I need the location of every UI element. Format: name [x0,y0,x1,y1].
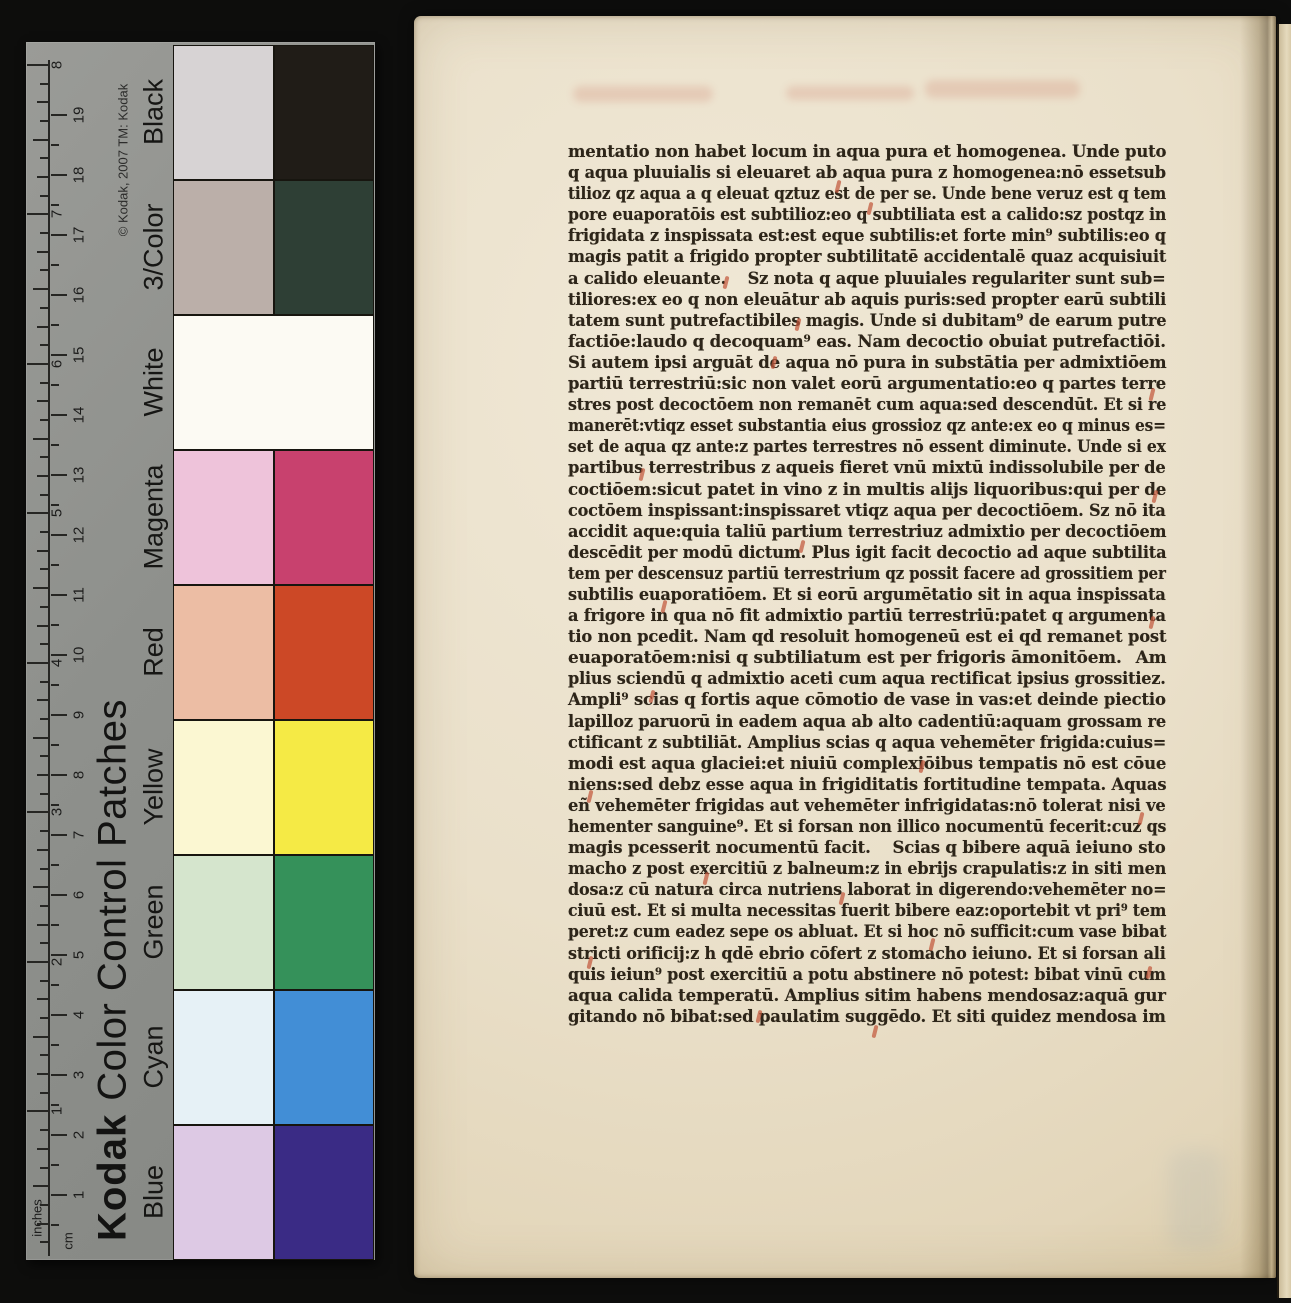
text-line: eñ vehemēter frigidas aut vehemēter infr… [568,796,1141,817]
cm-tick [51,174,67,176]
inch-tick [37,101,48,103]
cm-tick [51,774,67,776]
second-leaf-edge [1277,24,1291,1298]
inch-number: 2 [49,958,66,966]
text-line: plius sciendū q admixtio aceti cum aqua … [568,669,1135,690]
inch-tick [37,699,48,701]
cm-tick [51,594,67,596]
patch-3-color-light [174,181,273,314]
text-line: coctōem inspissant:inspissaret vtiqz aqu… [568,501,1134,522]
cm-number: 11 [71,587,88,603]
cm-number: 1 [71,1191,88,1199]
inch-tick [40,1129,48,1131]
text-line: tiliores:ex eo q non eleuātur ab aquis p… [568,290,1137,311]
inch-tick [33,438,48,440]
patch-label-yellow: Yellow [139,748,170,825]
patch-label-cyan: Cyan [139,1025,170,1088]
cm-tick [51,1164,59,1166]
brand-title: Color Control Patches [91,699,135,1101]
inch-tick [27,1110,48,1112]
cm-number: 8 [71,771,88,779]
inch-tick [33,1036,48,1038]
text-line: hementer sanguine⁹. Et si forsan non ill… [568,817,1124,838]
inch-tick [40,419,48,421]
text-line: tatem sunt putrefactibiles magis. Unde s… [568,311,1137,332]
inch-number: 3 [49,808,66,816]
inch-tick [27,662,48,664]
cm-number: 13 [71,467,88,484]
cm-number: 16 [71,287,88,304]
cm-tick [51,534,67,536]
cm-tick [51,1014,67,1016]
cm-tick [51,444,59,446]
inch-tick [40,606,48,608]
inch-tick [40,1017,48,1019]
text-line: coctiōem:sicut patet in vino z in multis… [568,480,1153,501]
inch-tick [37,774,48,776]
text-line: descēdit per modū dictum. Plus igit faci… [568,543,1137,564]
cm-number: 17 [71,227,88,244]
text-line: aqua calida temperatū. Amplius sitim hab… [568,986,1151,1007]
inch-tick [40,755,48,757]
inch-number: 8 [49,61,66,69]
inch-tick [37,326,48,328]
page-text-block: mentatio non habet locum in aqua pura et… [568,142,1166,1028]
patch-black-dark [275,46,373,179]
cm-tick [51,474,67,476]
patch-label-magenta: Magenta [139,464,170,569]
text-line: quis ieiun⁹ post exercitiū a potu abstin… [568,965,1129,986]
cm-number: 5 [71,951,88,959]
cm-tick [51,864,59,866]
cm-number: 19 [71,107,88,124]
inch-number: 7 [49,210,66,218]
text-line: dosa:z cū natura circa nutriens laborat … [568,880,1130,901]
cm-tick [51,144,59,146]
inch-tick [37,849,48,851]
text-line: pore euaporatōis est subtilioz:eo q subt… [568,205,1122,226]
inch-tick [40,643,48,645]
text-line: subtilis euaporatiōem. Et si eorū argumē… [568,585,1135,606]
cm-tick [51,1104,59,1106]
cm-tick [51,1194,67,1196]
text-line: manerēt:vtiqz esset substantia eius gros… [568,416,1108,437]
cm-number: 12 [71,527,88,544]
inch-tick [40,1241,48,1243]
patch-label-3-color: 3/Color [139,203,170,290]
cm-tick [51,744,59,746]
patch-red-dark [275,586,373,719]
patch-black-light [174,46,273,179]
text-line: a calido eleuante. Sz nota q aque pluuia… [568,269,1140,290]
text-line: magis patit a frigido propter subtilitat… [568,247,1136,268]
text-line: mentatio non habet locum in aqua pura et… [568,142,1147,163]
text-line: ctificant z subtiliāt. Amplius scias q a… [568,733,1137,754]
cm-tick [51,1224,59,1226]
cm-number: 15 [71,347,88,364]
inch-tick [37,998,48,1000]
inch-number: 1 [49,1107,66,1115]
inch-tick [37,400,48,402]
ruler-unit-cm: cm [61,1232,76,1249]
patch-label-green: Green [139,884,170,959]
inch-tick [37,550,48,552]
inch-tick [37,1223,48,1225]
text-line: accidit aque:quia taliū partium terrestr… [568,522,1133,543]
cm-tick [51,294,67,296]
kodak-brand-text: KodakColor Control Patches [91,699,136,1241]
ink-offset-smudge [573,86,713,102]
inch-number: 4 [49,659,66,667]
text-line: peret:z cum eadez sepe os abluat. Et si … [568,922,1120,943]
cm-tick [51,1134,67,1136]
inch-tick [40,232,48,234]
inch-tick [33,139,48,141]
inch-tick [33,1185,48,1187]
patch-green-light [174,856,273,989]
inch-tick [37,475,48,477]
text-line: factiōe:laudo q decoquam⁹ eas. Nam decoc… [568,332,1152,353]
text-line: frigidata z inspissata est:est eque subt… [568,226,1133,247]
cm-tick [51,354,67,356]
cm-tick [51,114,67,116]
inch-tick [37,625,48,627]
patch-label-blue: Blue [139,1165,170,1219]
cm-tick [51,684,59,686]
cm-tick [51,984,59,986]
brand-kodak: Kodak [91,1114,135,1241]
patch-label-red: Red [139,627,170,677]
cm-number: 6 [71,891,88,899]
inch-tick [40,344,48,346]
cm-tick [51,414,67,416]
text-line: stricti orificij:z h qdē ebrio cōfert z … [568,944,1131,965]
patch-red-light [174,586,273,719]
cm-tick [51,624,59,626]
cm-number: 4 [71,1011,88,1019]
patch-green-dark [275,856,373,989]
inch-tick [27,961,48,963]
patch-yellow-light [174,721,273,854]
patch-grid [173,45,374,1260]
cm-number: 3 [71,1071,88,1079]
kodak-color-target: inches cm 123456781234567891011121314151… [26,42,375,1260]
inch-tick [40,157,48,159]
cm-tick [51,324,59,326]
inch-tick [40,905,48,907]
inch-tick [40,195,48,197]
cm-tick [51,1044,59,1046]
inch-tick [27,64,48,66]
cm-tick [51,234,67,236]
patch-cyan-light [174,991,273,1124]
inch-tick [40,718,48,720]
patch-white [174,316,373,449]
inch-tick [40,307,48,309]
cm-tick [51,264,59,266]
page-fold-shadow [1240,16,1276,1278]
cm-tick [51,384,59,386]
copyright-text: © Kodak, 2007 TM: Kodak [116,84,131,236]
text-line: partibus terrestribus z aqueis fieret vn… [568,458,1141,479]
cm-tick [51,564,59,566]
patch-magenta-dark [275,451,373,584]
text-line: lapilloz paruorū in eadem aqua ab alto c… [568,712,1137,733]
inch-tick [40,269,48,271]
patch-3-color-dark [275,181,373,314]
inch-number: 5 [49,509,66,517]
text-line: tio non pcedit. Nam qd resoluit homogene… [568,627,1143,648]
inch-tick [27,811,48,813]
inch-tick [40,1054,48,1056]
patch-blue-dark [275,1126,373,1259]
patch-label-black: Black [139,79,170,145]
text-line: niens:sed debz esse aqua in frigiditatis… [568,775,1143,796]
patch-blue-light [174,1126,273,1259]
inch-tick [40,942,48,944]
inch-tick [37,176,48,178]
cm-tick [51,654,67,656]
inch-tick [40,456,48,458]
inch-tick [33,737,48,739]
cm-number: 10 [71,647,88,664]
patch-yellow-dark [275,721,373,854]
inch-tick [37,1148,48,1150]
inch-tick [40,120,48,122]
inch-tick [40,1204,48,1206]
text-line: partiū terrestriū:sic non valet eorū arg… [568,374,1144,395]
patch-cyan-dark [275,991,373,1124]
ink-offset-smudge [786,86,914,100]
inch-tick [33,886,48,888]
text-line: Ampli⁹ scias q fortis aque cōmotio de va… [568,690,1149,711]
text-line: euaporatōem:nisi q subtiliatum est per f… [568,648,1163,669]
inch-tick [37,924,48,926]
inch-tick [40,980,48,982]
inch-tick [33,587,48,589]
text-line: a frigore in qua nō fit admixtio partiū … [568,606,1137,627]
cm-tick [51,804,59,806]
cm-number: 2 [71,1131,88,1139]
cm-tick [51,894,67,896]
inch-tick [40,793,48,795]
cm-number: 18 [71,167,88,184]
text-line: q aqua pluuialis si eleuaret ab aqua pur… [568,163,1137,184]
inch-tick [40,83,48,85]
cm-number: 9 [71,711,88,719]
cm-tick [51,714,67,716]
patch-label-white: White [139,347,170,416]
patch-magenta-light [174,451,273,584]
text-line: ciuū est. Et si multa necessitas fuerit … [568,901,1121,922]
text-line: macho z post exercitiū z balneum:z in eb… [568,859,1134,880]
text-line: tem per descensuz partiū terrestrium qz … [568,564,1099,585]
paper-stain [1168,1150,1223,1250]
cm-tick [51,954,67,956]
text-line: gitando nō bibat:sed paulatim suggēdo. E… [568,1007,1146,1028]
inch-tick [27,213,48,215]
inch-tick [40,382,48,384]
cm-tick [51,834,67,836]
inch-tick [40,868,48,870]
inch-tick [33,288,48,290]
text-line: stres post decoctōem non remanēt cum aqu… [568,395,1129,416]
ink-offset-smudge [925,80,1080,98]
inch-tick [37,251,48,253]
cm-number: 14 [71,407,88,424]
inch-tick [40,830,48,832]
ruler: inches cm 123456781234567891011121314151… [26,42,90,1260]
inch-tick [40,1092,48,1094]
text-line: modi est aqua glaciei:et niuiū complexiō… [568,754,1147,775]
inch-tick [27,363,48,365]
cm-tick [51,504,59,506]
inch-tick [40,568,48,570]
inch-number: 6 [49,360,66,368]
inch-tick [40,681,48,683]
cm-number: 7 [71,831,88,839]
cm-tick [51,1074,67,1076]
text-line: magis pcesserit nocumentū facit. Scias q… [568,838,1149,859]
inch-tick [40,531,48,533]
cm-tick [51,204,59,206]
photo-canvas: inches cm 123456781234567891011121314151… [0,0,1291,1303]
text-line: set de aqua qz ante:z partes terrestres … [568,437,1116,458]
inch-tick [37,1073,48,1075]
inch-tick [40,494,48,496]
inch-tick [40,1167,48,1169]
inch-tick [27,512,48,514]
cm-tick [51,924,59,926]
text-line: Si autem ipsi arguāt de aqua nō pura in … [568,353,1149,374]
